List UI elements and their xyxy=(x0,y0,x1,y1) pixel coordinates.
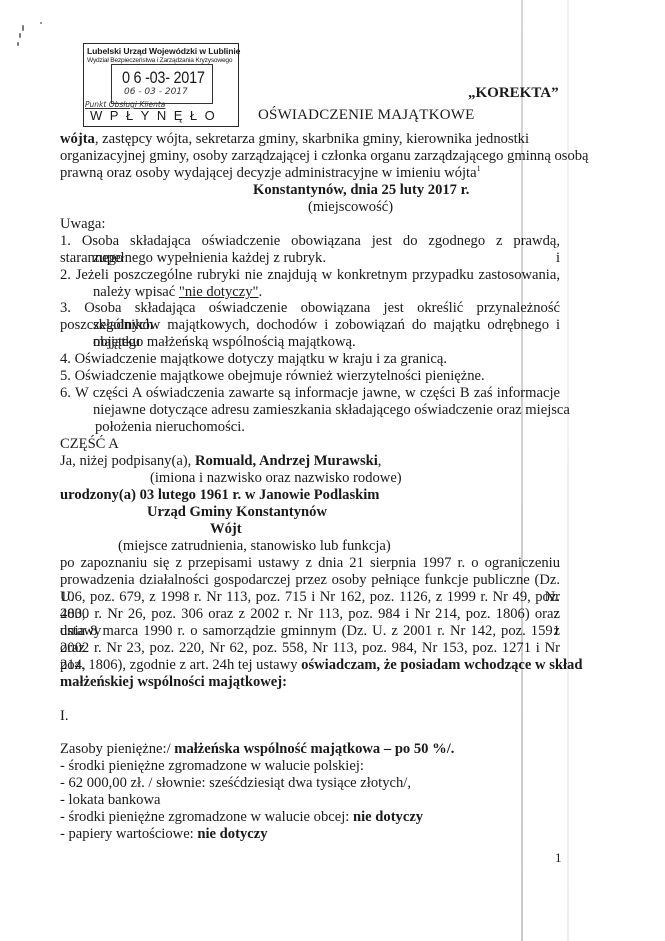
scan-speck xyxy=(22,25,24,31)
birth-info: urodzony(a) 03 lutego 1961 r. w Janowie … xyxy=(60,487,379,504)
name-label: (imiona i nazwisko oraz nazwisko rodowe) xyxy=(150,470,402,487)
legal-line-8: małżeńskiej wspólności majątkowej: xyxy=(60,674,287,691)
legal-line-7: poz. 1806), zgodnie z art. 24h tej ustaw… xyxy=(60,657,582,674)
page-number: 1 xyxy=(555,850,562,866)
place-date: Konstantynów, dnia 25 luty 2017 r. xyxy=(253,182,469,199)
resource-item: - środki pieniężne zgromadzone w walucie… xyxy=(60,809,423,826)
stamp-office: Lubelski Urząd Wojewódzki w Lublinie xyxy=(87,46,240,56)
correction-label: „KOREKTA” xyxy=(468,85,559,102)
scan-artifact-line xyxy=(567,0,569,941)
stamp-received-label: WPŁYNĘŁO xyxy=(90,108,222,123)
footnote-mark: 1 xyxy=(477,164,481,173)
document-title: OŚWIADCZENIE MAJĄTKOWE xyxy=(258,107,474,124)
declarant-name: Romuald, Andrzej Murawski xyxy=(195,453,378,469)
note-6-line-3: położenia nieruchomości. xyxy=(95,419,245,436)
note-1-line-2: zupełnego wypełnienia każdej z rubryk. xyxy=(93,250,326,267)
part-a-heading: CZĘŚĆ A xyxy=(60,436,119,453)
legal-line-1: po zapoznaniu się z przepisami ustawy z … xyxy=(60,555,560,572)
received-stamp: Lubelski Urząd Wojewódzki w Lublinie Wyd… xyxy=(83,43,239,127)
resource-item: - lokata bankowa xyxy=(60,792,161,809)
stamp-date: 0 6 -03- 2017 xyxy=(122,68,205,88)
note-6-line-2: niejawne dotyczące adresu zamieszkania s… xyxy=(93,402,570,419)
place-label: (miejscowość) xyxy=(308,199,393,216)
scan-speck xyxy=(17,42,19,46)
employer: Urząd Gminy Konstantynów xyxy=(147,504,327,521)
intro-line-3: prawną oraz osoby wydającej decyzje admi… xyxy=(60,165,481,182)
employment-label: (miejsce zatrudnienia, stanowisko lub fu… xyxy=(118,538,391,555)
notes-heading: Uwaga: xyxy=(60,216,105,233)
note-6-line-1: 6. W części A oświadczenia zawarte są in… xyxy=(60,385,560,402)
monetary-resources: Zasoby pieniężne:/ małżeńska wspólność m… xyxy=(60,741,454,758)
note-3-line-3: objętego małżeńską wspólnością majątkową… xyxy=(93,334,356,351)
resource-item: - środki pieniężne zgromadzone w walucie… xyxy=(60,758,364,775)
stamp-date-box: 0 6 -03- 2017 06 - 03 - 2017 xyxy=(111,64,213,104)
resource-item: - papiery wartościowe: nie dotyczy xyxy=(60,826,268,843)
intro-line-1: wójta, zastępcy wójta, sekretarza gminy,… xyxy=(60,131,529,148)
stamp-department: Wydział Bezpieczeństwa i Zarządzania Kry… xyxy=(87,57,232,64)
note-2-line-2: należy wpisać "nie dotyczy". xyxy=(93,284,262,301)
section-numeral: I. xyxy=(60,708,69,725)
intro-line-2: organizacyjnej gminy, osoby zarządzające… xyxy=(60,148,589,165)
stamp-handwritten-date: 06 - 03 - 2017 xyxy=(124,87,188,97)
resource-item: - 62 000,00 zł. / słownie: sześćdziesiąt… xyxy=(60,775,411,792)
note-4: 4. Oświadczenie majątkowe dotyczy majątk… xyxy=(60,351,447,368)
signed-line: Ja, niżej podpisany(a), Romuald, Andrzej… xyxy=(60,453,381,470)
note-5: 5. Oświadczenie majątkowe obejmuje równi… xyxy=(60,368,485,385)
scan-speck xyxy=(40,22,42,24)
scan-speck xyxy=(19,33,21,38)
position: Wójt xyxy=(210,521,242,538)
note-2-line-1: 2. Jeżeli poszczególne rubryki nie znajd… xyxy=(60,267,560,284)
not-applicable-phrase: "nie dotyczy" xyxy=(179,284,259,300)
